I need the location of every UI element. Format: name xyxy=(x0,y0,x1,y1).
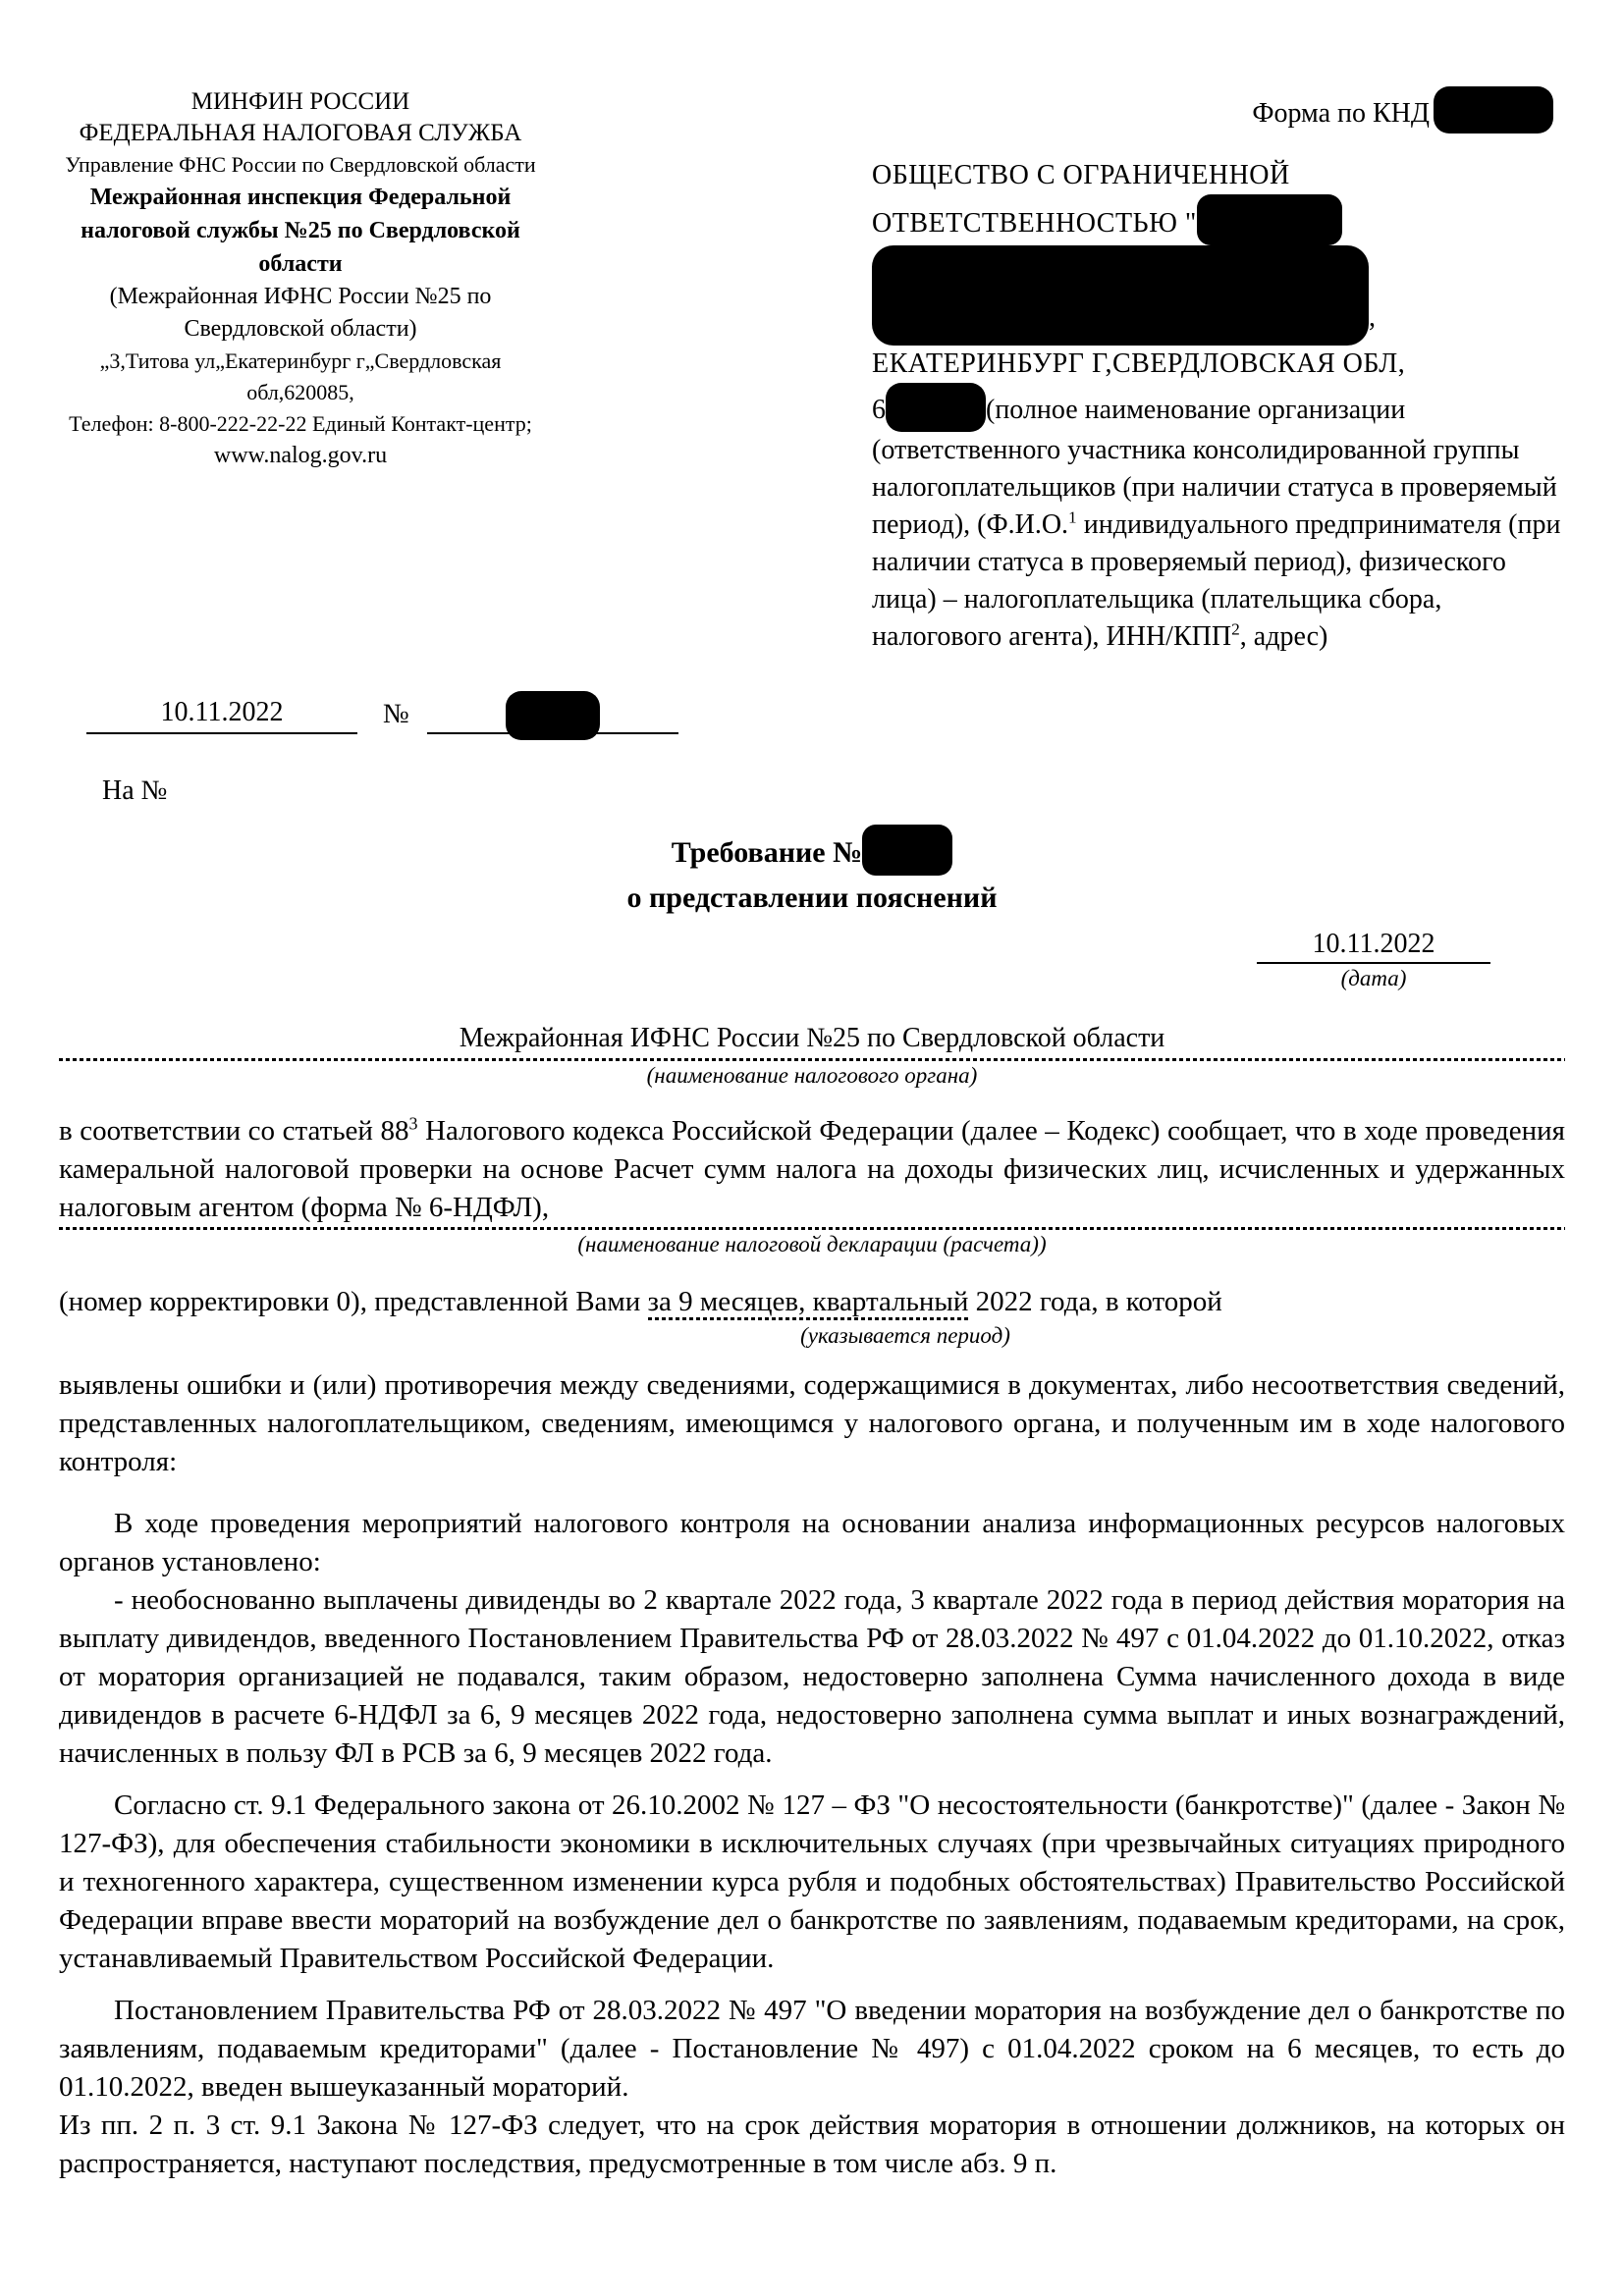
issuer-inspection: Межрайонная инспекция Федеральной налого… xyxy=(59,181,542,281)
recipient-org-line1: ОБЩЕСТВО С ОГРАНИЧЕННОЙ xyxy=(872,157,1565,194)
period-text-pre: (номер корректировки 0), представленной … xyxy=(59,1286,648,1317)
title-line1-text: Требование № xyxy=(672,836,862,869)
recipient-caption-part3: , адрес) xyxy=(1240,621,1328,652)
outgoing-date: 10.11.2022 xyxy=(86,697,357,734)
redaction-org-name-block xyxy=(872,245,1369,346)
outgoing-number xyxy=(427,691,678,734)
issuer-inspection-short: (Межрайонная ИФНС России №25 по Свердлов… xyxy=(59,281,542,346)
intro-text-pre: в соответствии со статьей 88 xyxy=(59,1115,409,1147)
redaction-knd-number xyxy=(1434,86,1553,133)
title-line2: о представлении пояснений xyxy=(59,876,1565,921)
redaction-inn xyxy=(886,383,986,432)
document-date: 10.11.2022 xyxy=(1257,929,1490,964)
in-reply-to-label: На № xyxy=(59,775,1565,807)
issuer-phone: Телефон: 8-800-222-22-22 Единый Контакт-… xyxy=(59,408,542,440)
dated-block: 10.11.2022 (дата) xyxy=(1257,929,1490,993)
paragraph-decree-497: Постановлением Правительства РФ от 28.03… xyxy=(59,1992,1565,2107)
footnote-ref-1: 1 xyxy=(1068,508,1077,527)
title-line1: Требование № xyxy=(59,825,1565,876)
number-sign: № xyxy=(383,699,409,734)
paragraph-dividends: - необоснованно выплачены дивиденды во 2… xyxy=(59,1581,1565,1773)
authority-caption: (наименование налогового органа) xyxy=(59,1061,1565,1091)
recipient-inn-prefix: 6 xyxy=(872,395,886,425)
document-page: МИНФИН РОССИИ ФЕДЕРАЛЬНАЯ НАЛОГОВАЯ СЛУЖ… xyxy=(0,0,1624,2296)
footnote-ref-3: 3 xyxy=(409,1113,418,1133)
period-text-post: 2022 года, в которой xyxy=(968,1286,1221,1317)
period-line: (номер корректировки 0), представленной … xyxy=(59,1283,1565,1321)
paragraph-law-127fz: Согласно ст. 9.1 Федерального закона от … xyxy=(59,1787,1565,1978)
issuer-website: www.nalog.gov.ru xyxy=(59,440,542,472)
period-value: за 9 месяцев, квартальный xyxy=(648,1286,969,1320)
recipient-after-block-comma: , xyxy=(1369,302,1376,333)
issuer-block: МИНФИН РОССИИ ФЕДЕРАЛЬНАЯ НАЛОГОВАЯ СЛУЖ… xyxy=(59,86,542,472)
recipient-city-line: ЕКАТЕРИНБУРГ Г,СВЕРДЛОВСКАЯ ОБЛ, xyxy=(872,346,1565,383)
redaction-demand-number xyxy=(862,825,952,876)
knd-form-line: Форма по КНД xyxy=(872,86,1565,133)
paragraph-errors-found: выявлены ошибки и (или) противоречия меж… xyxy=(59,1366,1565,1481)
issuer-department: Управление ФНС России по Свердловской об… xyxy=(59,149,542,181)
recipient-org-redacted-lines: , xyxy=(872,245,1565,346)
recipient-caption-flow: 6(полное наименование организации (ответ… xyxy=(872,383,1565,656)
redaction-org-name-part xyxy=(1197,194,1342,245)
document-header: МИНФИН РОССИИ ФЕДЕРАЛЬНАЯ НАЛОГОВАЯ СЛУЖ… xyxy=(59,86,1565,656)
declaration-caption: (наименование налоговой декларации (расч… xyxy=(59,1230,1565,1259)
authority-name: Межрайонная ИФНС России №25 по Свердловс… xyxy=(59,1023,1565,1054)
issuer-address: „3,Титова ул„Екатеринбург г„Свердловская… xyxy=(59,346,542,408)
issuer-service: ФЕДЕРАЛЬНАЯ НАЛОГОВАЯ СЛУЖБА xyxy=(59,118,542,149)
knd-form-label: Форма по КНД xyxy=(1252,98,1430,129)
intro-paragraph: в соответствии со статьей 883 Налогового… xyxy=(59,1112,1565,1227)
recipient-block: ОБЩЕСТВО С ОГРАНИЧЕННОЙ ОТВЕТСТВЕННОСТЬЮ… xyxy=(872,157,1565,656)
redaction-outgoing-number xyxy=(506,691,600,740)
reference-row: 10.11.2022 № xyxy=(59,691,1565,734)
footnote-ref-2: 2 xyxy=(1231,620,1240,639)
period-caption: (указывается период) xyxy=(152,1321,1624,1351)
recipient-org-line2-text: ОТВЕТСТВЕННОСТЬЮ " xyxy=(872,208,1197,239)
issuer-ministry: МИНФИН РОССИИ xyxy=(59,86,542,118)
document-title: Требование № о представлении пояснений xyxy=(59,825,1565,921)
recipient-org-line2: ОТВЕТСТВЕННОСТЬЮ " xyxy=(872,194,1565,245)
header-right-column: Форма по КНД ОБЩЕСТВО С ОГРАНИЧЕННОЙ ОТВ… xyxy=(872,86,1565,656)
body-section: выявлены ошибки и (или) противоречия меж… xyxy=(59,1366,1565,2183)
date-caption: (дата) xyxy=(1257,964,1490,993)
paragraph-control-events: В ходе проведения мероприятий налогового… xyxy=(59,1505,1565,1581)
paragraph-consequences: Из пп. 2 п. 3 ст. 9.1 Закона № 127-ФЗ сл… xyxy=(59,2107,1565,2183)
